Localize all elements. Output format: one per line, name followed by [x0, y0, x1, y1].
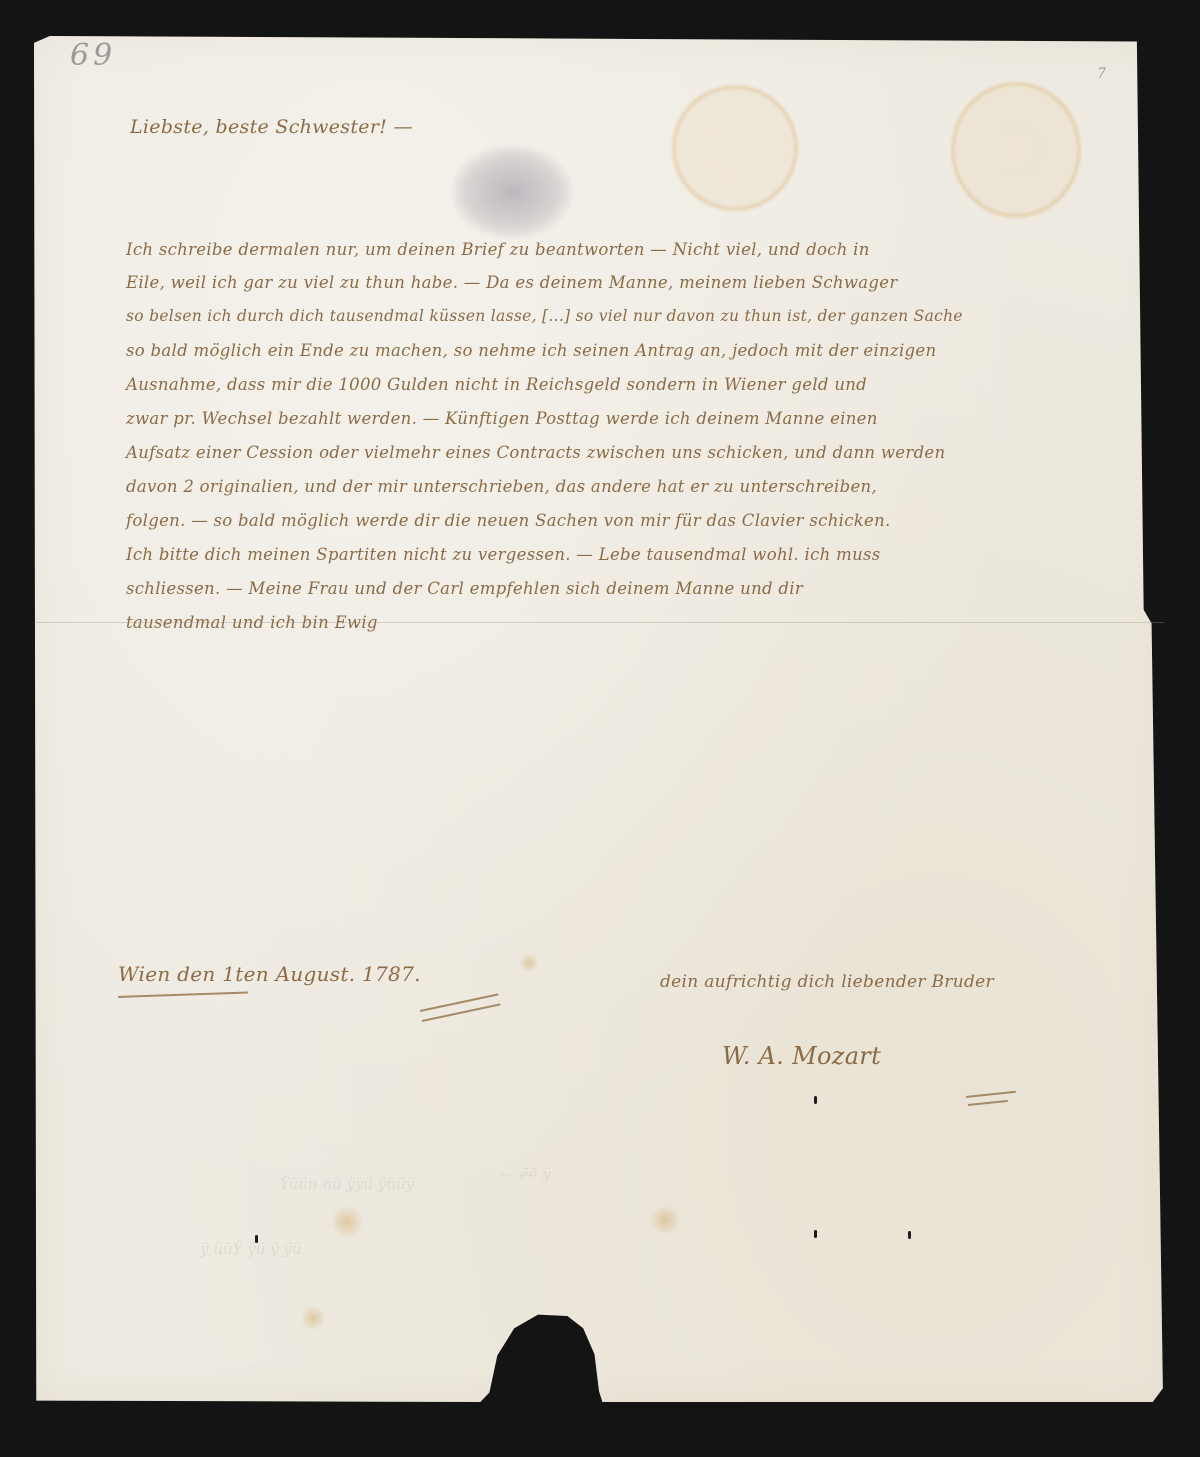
ink-speck [814, 1230, 817, 1238]
body-line: davon 2 originalien, und der mir untersc… [126, 477, 877, 496]
body-line: Ich schreibe dermalen nur, um deinen Bri… [126, 240, 870, 259]
show-through-text: — ēē ÿ [500, 1165, 551, 1183]
body-line: tausendmal und ich bin Ewig [126, 613, 378, 632]
signature: W. A. Mozart [722, 1042, 881, 1070]
show-through-text: ÿ üüŸ ÿü ÿ ÿü [200, 1240, 302, 1258]
grey-smudge [452, 146, 572, 238]
wax-stain-left [672, 85, 798, 211]
body-line: Aufsatz einer Cession oder vielmehr eine… [126, 443, 945, 462]
body-line: so bald möglich ein Ende zu machen, so n… [126, 341, 936, 360]
wax-stain-right [951, 82, 1081, 218]
ink-speck [814, 1096, 817, 1104]
body-line: Eile, weil ich gar zu viel zu thun habe.… [126, 273, 898, 292]
date-line: Wien den 1ten August. 1787. [118, 962, 421, 986]
foxing-spot [520, 952, 538, 974]
body-line: Ausnahme, dass mir die 1000 Gulden nicht… [126, 375, 867, 394]
body-line: Ich bitte dich meinen Spartiten nicht zu… [126, 545, 881, 564]
foxing-spot [300, 1305, 326, 1331]
salutation: Liebste, beste Schwester! — [130, 116, 413, 138]
ink-speck [908, 1231, 911, 1239]
body-line: so belsen ich durch dich tausendmal küss… [126, 307, 963, 325]
folio-number: 69 [70, 38, 116, 73]
foxing-spot [330, 1205, 364, 1239]
body-line: zwar pr. Wechsel bezahlt werden. — Künft… [126, 409, 878, 428]
closing-line: dein aufrichtig dich liebender Bruder [660, 972, 994, 992]
show-through-text: Ÿüün nü ÿýü ÿüüÿ [280, 1175, 414, 1193]
corner-mark: 7 [1097, 66, 1106, 82]
body-line: schliessen. — Meine Frau und der Carl em… [126, 579, 803, 598]
foxing-spot [650, 1205, 680, 1235]
body-line: folgen. — so bald möglich werde dir die … [126, 511, 891, 530]
